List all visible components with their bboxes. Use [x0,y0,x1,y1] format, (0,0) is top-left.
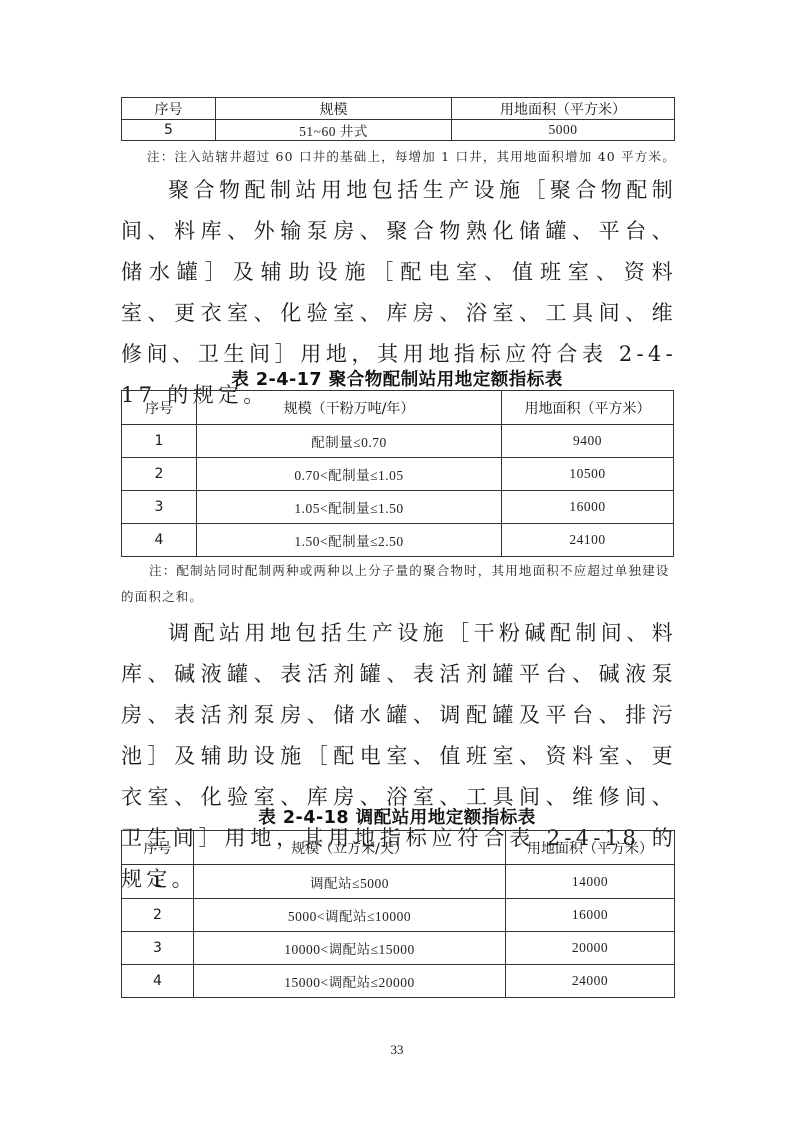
cell-scale: 配制量≤0.70 [197,425,502,458]
header-cell: 序号 [122,831,194,865]
cell-scale: 1.50<配制量≤2.50 [197,524,502,557]
table-row: 1 配制量≤0.70 9400 [122,425,674,458]
table-row: 3 10000<调配站≤15000 20000 [122,932,675,965]
cell-index: 1 [122,425,197,458]
cell-scale: 5000<调配站≤10000 [194,899,506,932]
cell-area: 16000 [506,899,675,932]
cell-area: 16000 [502,491,674,524]
header-cell: 规模 [216,98,452,120]
table-row: 5 51~60 井式 5000 [122,120,675,141]
table-caption: 表 2-4-17 聚合物配制站用地定额指标表 [0,366,794,391]
table-2-4-18: 序号 规模（立方米/天） 用地面积（平方米） 1 调配站≤5000 14000 … [121,830,675,998]
table-row: 4 15000<调配站≤20000 24000 [122,965,675,998]
cell-area: 10500 [502,458,674,491]
table-header-row: 序号 规模（干粉万吨/年） 用地面积（平方米） [122,391,674,425]
cell-area: 14000 [506,865,675,899]
header-cell: 规模（干粉万吨/年） [197,391,502,425]
cell-index: 2 [122,458,197,491]
header-cell: 规模（立方米/天） [194,831,506,865]
cell-area: 9400 [502,425,674,458]
table-header-row: 序号 规模 用地面积（平方米） [122,98,675,120]
cell-index: 1 [122,865,194,899]
cell-index: 3 [122,932,194,965]
page-number: 33 [0,1042,794,1058]
header-cell: 用地面积（平方米） [506,831,675,865]
table-row: 4 1.50<配制量≤2.50 24100 [122,524,674,557]
table-note: 注：注入站辖井超过 60 口井的基础上，每增加 1 口井，其用地面积增加 40 … [147,144,687,170]
cell-area: 5000 [452,120,675,141]
cell-index: 2 [122,899,194,932]
cell-scale: 1.05<配制量≤1.50 [197,491,502,524]
table-continued: 序号 规模 用地面积（平方米） 5 51~60 井式 5000 [121,97,675,141]
cell-index: 5 [122,120,216,141]
cell-area: 24000 [506,965,675,998]
table-row: 2 5000<调配站≤10000 16000 [122,899,675,932]
table-caption: 表 2-4-18 调配站用地定额指标表 [0,804,794,829]
cell-area: 24100 [502,524,674,557]
cell-index: 4 [122,965,194,998]
table-note: 注：配制站同时配制两种或两种以上分子量的聚合物时，其用地面积不应超过单独建设的面… [121,558,673,610]
table-2-4-17: 序号 规模（干粉万吨/年） 用地面积（平方米） 1 配制量≤0.70 9400 … [121,390,674,557]
table-header-row: 序号 规模（立方米/天） 用地面积（平方米） [122,831,675,865]
header-cell: 序号 [122,391,197,425]
cell-scale: 15000<调配站≤20000 [194,965,506,998]
cell-index: 3 [122,491,197,524]
note-text: 注：配制站同时配制两种或两种以上分子量的聚合物时，其用地面积不应超过单独建设的面… [121,563,670,604]
header-cell: 序号 [122,98,216,120]
cell-index: 4 [122,524,197,557]
cell-scale: 10000<调配站≤15000 [194,932,506,965]
cell-scale: 51~60 井式 [216,120,452,141]
cell-area: 20000 [506,932,675,965]
table-row: 3 1.05<配制量≤1.50 16000 [122,491,674,524]
table-row: 1 调配站≤5000 14000 [122,865,675,899]
header-cell: 用地面积（平方米） [502,391,674,425]
header-cell: 用地面积（平方米） [452,98,675,120]
cell-scale: 0.70<配制量≤1.05 [197,458,502,491]
cell-scale: 调配站≤5000 [194,865,506,899]
table-row: 2 0.70<配制量≤1.05 10500 [122,458,674,491]
